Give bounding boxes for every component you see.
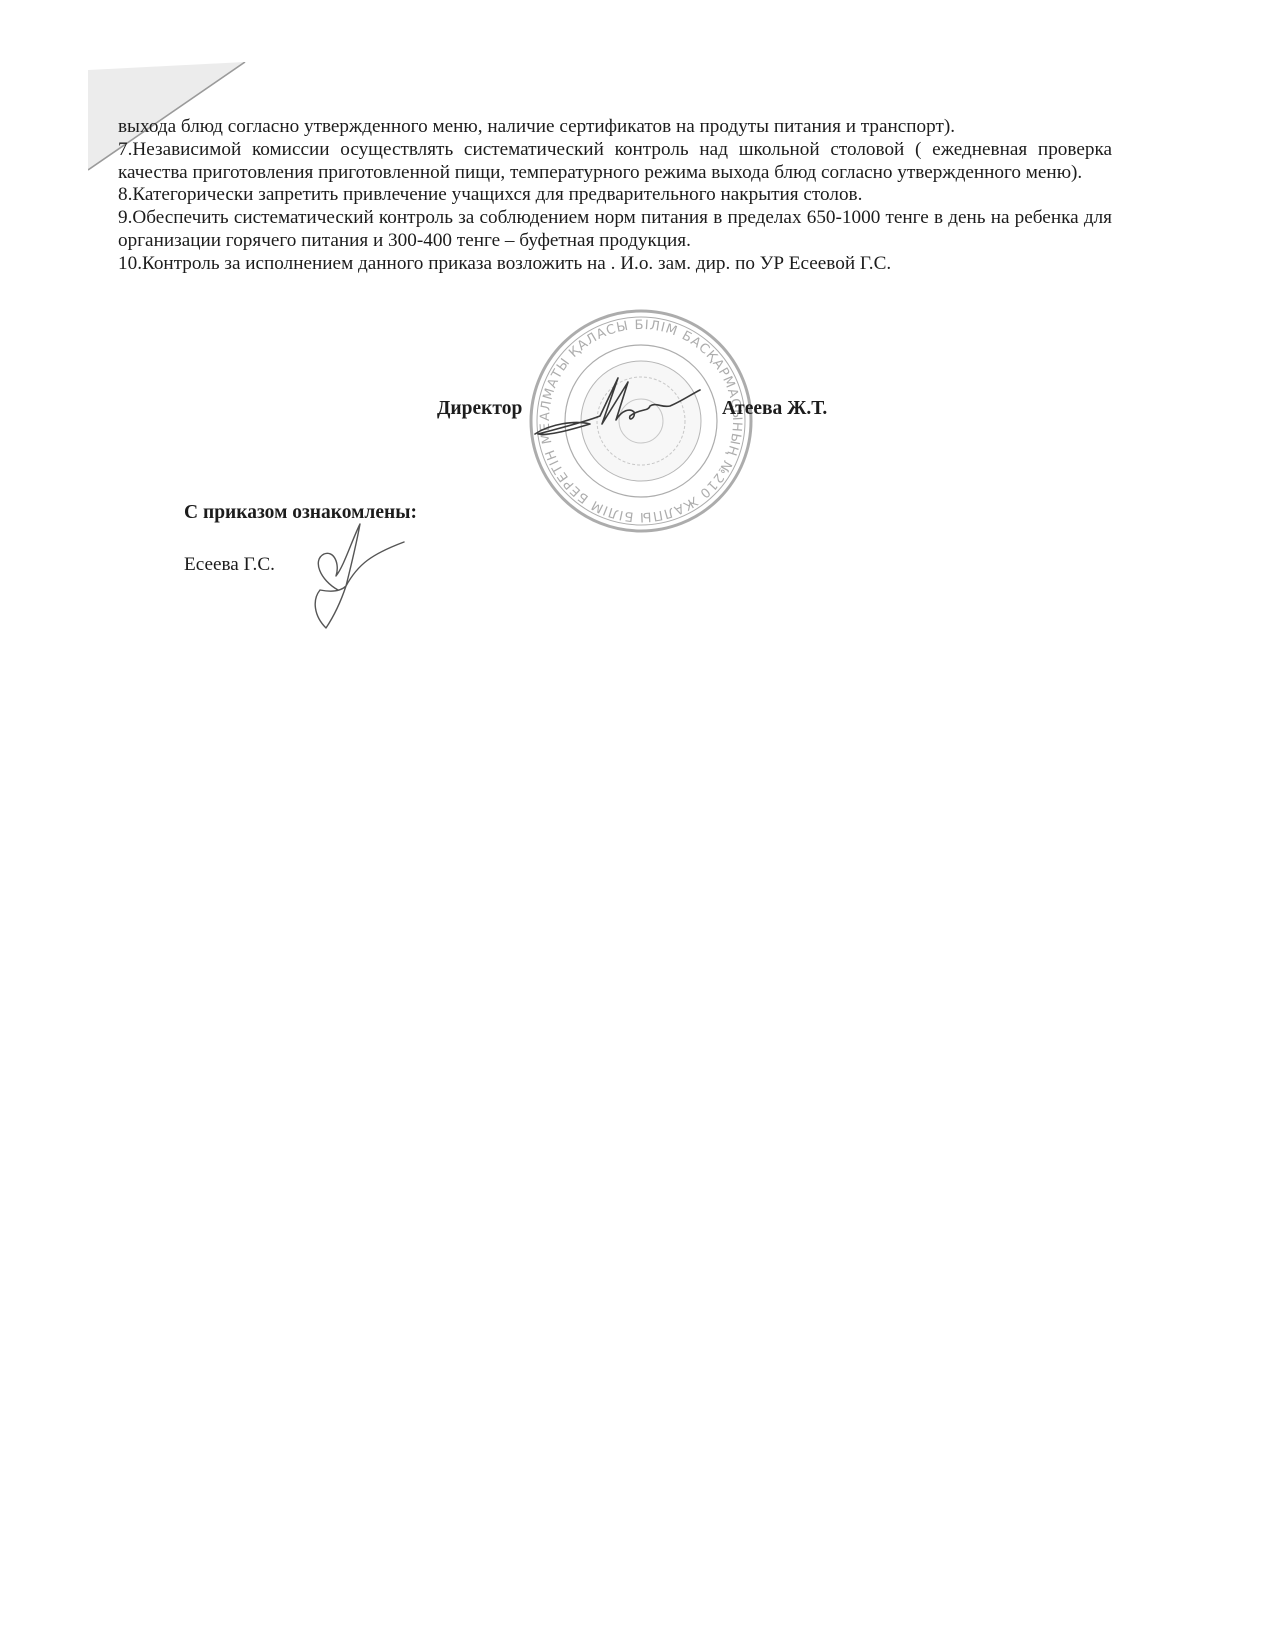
director-name: Атеева Ж.Т. bbox=[722, 398, 827, 420]
paragraph-9: 9.Обеспечить систематический контроль за… bbox=[118, 207, 1112, 253]
director-handwritten-signature-icon bbox=[530, 372, 710, 462]
paragraph-7: 7.Независимой комиссии осуществлять сист… bbox=[118, 139, 1112, 185]
paragraph-10: 10.Контроль за исполнением данного прика… bbox=[118, 253, 1112, 276]
acknowledgement-name: Есеева Г.С. bbox=[184, 554, 275, 576]
acknowledgement-handwritten-signature-icon bbox=[300, 520, 430, 635]
paragraph-8: 8.Категорически запретить привлечение уч… bbox=[118, 184, 1112, 207]
order-body-text: выхода блюд согласно утвержденного меню,… bbox=[118, 116, 1112, 276]
paragraph-6-continuation: выхода блюд согласно утвержденного меню,… bbox=[118, 116, 1112, 139]
document-page: выхода блюд согласно утвержденного меню,… bbox=[0, 0, 1275, 1650]
director-title: Директор bbox=[437, 398, 522, 420]
